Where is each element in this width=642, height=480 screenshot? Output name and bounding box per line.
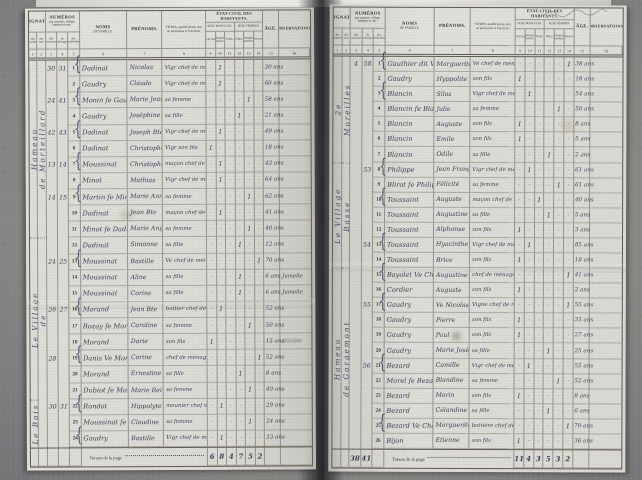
cell-designation-quartier bbox=[29, 109, 37, 125]
handwritten-text: - bbox=[528, 257, 530, 263]
handwritten-text: - bbox=[230, 387, 232, 393]
cell-prenom: Marie Josèphe bbox=[434, 343, 470, 358]
cell-numero-menage bbox=[362, 222, 374, 237]
handwritten-text: 2 ans bbox=[575, 152, 590, 158]
cell-designation-rue bbox=[342, 162, 351, 177]
handwritten-text: 43 bbox=[59, 130, 67, 137]
cell-etat-civil-3: - bbox=[534, 419, 544, 434]
cell-etat-civil-1: - bbox=[207, 318, 217, 334]
cell-titre-profession: son fils bbox=[164, 334, 208, 350]
cell-numero-maison bbox=[351, 102, 363, 117]
handwritten-text: - bbox=[558, 287, 560, 293]
cell-etat-civil-6: - bbox=[564, 193, 574, 208]
handwritten-text: - bbox=[567, 333, 569, 339]
column-number: 6 bbox=[80, 49, 128, 57]
record-row: 25{Bezard Ve CharoyMargueritebottière ch… bbox=[332, 418, 621, 434]
cell-etat-civil-6: - bbox=[255, 285, 265, 301]
handwritten-text: - bbox=[248, 80, 250, 86]
cell-etat-civil-3: - bbox=[226, 334, 236, 350]
handwritten-text: - bbox=[229, 113, 231, 119]
cell-numero-menage bbox=[59, 351, 70, 367]
cell-etat-civil-3: - bbox=[226, 269, 236, 285]
handwritten-text: - bbox=[557, 408, 559, 414]
cell-etat-civil-1: - bbox=[515, 193, 525, 208]
handwritten-text: Dadinat bbox=[80, 144, 108, 152]
handwritten-text: - bbox=[249, 258, 251, 264]
column-number: 4 bbox=[362, 46, 374, 54]
handwritten-text: son fils bbox=[471, 136, 492, 142]
cell-total-etat-civil-5: 5 bbox=[246, 448, 256, 466]
handwritten-text: Gauthier dit Vigny bbox=[385, 60, 433, 68]
handwritten-text: - bbox=[528, 318, 530, 324]
cell-numero-menage bbox=[362, 192, 374, 207]
cell-etat-civil-4: - bbox=[545, 57, 555, 72]
cell-designation-rue bbox=[39, 286, 47, 302]
handwritten-text: 1 bbox=[218, 63, 222, 71]
col-header-designation-quartiers: des quartiers bbox=[334, 29, 343, 46]
handwritten-text: 1 bbox=[248, 418, 252, 426]
cell-numero-individu: 10{ bbox=[374, 192, 386, 207]
handwritten-text: - bbox=[567, 378, 569, 384]
handwritten-text: - bbox=[239, 177, 241, 183]
cell-etat-civil-3: - bbox=[535, 163, 545, 178]
handwritten-text: Jumelle bbox=[280, 290, 303, 296]
cell-observations bbox=[590, 374, 622, 389]
handwritten-text: son fils bbox=[470, 287, 491, 293]
cell-titre-profession: sa femme bbox=[163, 189, 207, 205]
cell-nom-famille: Bezard bbox=[384, 388, 433, 403]
handwritten-text: - bbox=[538, 363, 540, 369]
cell-prenom: Blandine bbox=[434, 374, 470, 389]
col-header-etat-civil: ÉTAT-CIVIL DES HABITANTS. bbox=[206, 11, 263, 23]
cell-age: 52 ans bbox=[265, 350, 281, 366]
cell-numero-maison bbox=[350, 434, 362, 449]
record-row: 303122{RondotHippolytemeunier chef de mé… bbox=[31, 398, 312, 415]
column-number: 8 bbox=[163, 49, 207, 57]
handwritten-text: - bbox=[229, 129, 231, 135]
cell-etat-civil-4: - bbox=[235, 76, 245, 92]
handwritten-text: 21 bbox=[72, 387, 77, 393]
col-header-hommes-maries: Hommes mariés. bbox=[216, 32, 226, 49]
handwritten-text: - bbox=[518, 423, 520, 429]
handwritten-text: - bbox=[210, 81, 212, 87]
handwritten-text: - bbox=[248, 129, 250, 135]
record-row: 5517{GaudryVe NicolasVigne chef de ménag… bbox=[333, 298, 622, 314]
cell-etat-civil-1: - bbox=[207, 269, 217, 285]
col-header-filles: Filles. bbox=[545, 29, 555, 46]
handwritten-text: Morel fe Bezard bbox=[384, 376, 432, 384]
handwritten-text: - bbox=[538, 167, 540, 173]
handwritten-text: - bbox=[259, 387, 261, 393]
cell-prenom: Étienne bbox=[433, 434, 469, 449]
handwritten-text: - bbox=[539, 91, 541, 97]
cell-etat-civil-5: - bbox=[554, 193, 564, 208]
cell-observations bbox=[280, 205, 311, 221]
cell-observations bbox=[590, 329, 622, 344]
cell-observations bbox=[590, 389, 622, 404]
record-row: 10DadinatJean Btemaçon chef de ménage-1-… bbox=[30, 205, 311, 222]
cell-etat-civil-4: 1 bbox=[236, 269, 246, 285]
col-header-individus: des individus bbox=[374, 29, 386, 46]
cell-titre-profession: sa femme bbox=[164, 415, 208, 431]
cell-etat-civil-4: - bbox=[236, 253, 246, 269]
cell-nom-famille: Dadinat bbox=[80, 205, 128, 221]
col-header-designation: DÉSIGNATION bbox=[29, 12, 46, 33]
cell-etat-civil-5: - bbox=[245, 237, 255, 253]
cell-prenom: Caroline bbox=[129, 318, 164, 334]
record-row: 19GaudryPaulson fils1-----27 ans bbox=[333, 328, 622, 344]
cell-age: 40 ans bbox=[264, 221, 280, 237]
handwritten-text: - bbox=[518, 348, 520, 354]
cell-etat-civil-3: - bbox=[226, 189, 236, 205]
handwritten-text: 18 bbox=[376, 317, 381, 323]
cell-observations bbox=[590, 148, 622, 163]
cell-prenom: Julie bbox=[434, 102, 470, 117]
cell-designation-quartier bbox=[30, 351, 38, 367]
cell-etat-civil-3: - bbox=[535, 87, 545, 102]
cell-nom-famille: Morel fe Bezard bbox=[384, 373, 433, 388]
cell-designation-quartier bbox=[333, 373, 342, 388]
cell-total-etat-civil-1: 6 bbox=[208, 448, 218, 466]
handwritten-text: 1 bbox=[238, 241, 242, 249]
col-header-menages: de ménages bbox=[362, 29, 374, 46]
cell-observations bbox=[590, 208, 622, 223]
cell-titre-profession: Vigr chef de ménage bbox=[470, 238, 515, 253]
cell-nom-famille: Moussinat bbox=[81, 270, 129, 286]
cell-etat-civil-1: - bbox=[206, 76, 216, 92]
handwritten-text: - bbox=[229, 242, 231, 248]
cell-numero-maison bbox=[47, 173, 58, 189]
cell-observations bbox=[280, 317, 311, 333]
handwritten-text: - bbox=[518, 363, 520, 369]
cell-numero-maison bbox=[350, 418, 362, 433]
handwritten-text: Blancin fe Blancin bbox=[385, 105, 433, 113]
cell-observations bbox=[280, 140, 311, 156]
cell-designation-rue bbox=[39, 270, 47, 286]
cell-etat-civil-3: - bbox=[534, 404, 544, 419]
cell-numero-maison: 30 bbox=[46, 60, 57, 76]
handwritten-text: - bbox=[258, 129, 260, 135]
cell-numero-menage bbox=[362, 72, 374, 87]
cell-age: 18 ans bbox=[574, 253, 590, 268]
cell-etat-civil-6: - bbox=[564, 359, 574, 374]
handwritten-text: Jean Bte bbox=[128, 209, 157, 216]
record-row: 7BlancinOdilesa fille---1--2 ans bbox=[333, 147, 622, 163]
cell-etat-civil-5: - bbox=[555, 133, 565, 148]
cell-total-etat-civil-3: 4 bbox=[227, 448, 237, 466]
handwritten-text: - bbox=[248, 161, 250, 167]
cell-etat-civil-5: - bbox=[554, 344, 564, 359]
cell-etat-civil-3: - bbox=[534, 268, 544, 283]
cell-numero-menage bbox=[58, 286, 69, 302]
handwritten-text: - bbox=[230, 258, 232, 264]
handwritten-text: Augustine Juliana bbox=[434, 211, 469, 218]
cell-nom-famille: Minot bbox=[80, 173, 128, 189]
cell-etat-civil-5: - bbox=[554, 389, 564, 404]
cell-titre-profession: sa fille bbox=[470, 343, 515, 358]
cell-numero-individu: 2 bbox=[69, 77, 80, 93]
cell-etat-civil-1: - bbox=[515, 102, 525, 117]
cell-numero-menage bbox=[362, 328, 374, 343]
handwritten-text: 14 bbox=[376, 257, 381, 263]
cell-numero-individu: 8{ bbox=[374, 162, 386, 177]
handwritten-text: 2 bbox=[257, 452, 262, 461]
cell-prenom: Hyacinthe bbox=[434, 238, 470, 253]
cell-etat-civil-3: - bbox=[226, 108, 236, 124]
cell-nom-famille: Bayolet Ve Charlon bbox=[385, 268, 434, 283]
cell-prenom: Auguste bbox=[434, 193, 470, 208]
handwritten-text: Caroline bbox=[129, 322, 158, 329]
handwritten-text: - bbox=[249, 290, 251, 296]
cell-etat-civil-5: - bbox=[554, 253, 564, 268]
handwritten-text: - bbox=[219, 113, 221, 119]
handwritten-text: Hippolyte bbox=[129, 403, 162, 410]
cell-etat-civil-1: - bbox=[208, 382, 218, 398]
cell-designation-quartier bbox=[30, 222, 38, 238]
cell-etat-civil-5: - bbox=[245, 140, 255, 156]
handwritten-text: - bbox=[538, 227, 540, 233]
cell-designation-quartier bbox=[333, 313, 342, 328]
handwritten-text: 5 ans bbox=[575, 137, 590, 143]
cell-etat-civil-4: - bbox=[544, 253, 554, 268]
cell-prenom: Marin bbox=[434, 389, 470, 404]
handwritten-text: Ve chef de ménage bbox=[164, 258, 207, 264]
handwritten-text: - bbox=[529, 61, 531, 67]
handwritten-text: 2 ans bbox=[575, 288, 590, 294]
cell-numero-menage: 56 bbox=[361, 358, 373, 373]
handwritten-text: 1 bbox=[518, 75, 522, 83]
handwritten-text: 5 ans bbox=[575, 212, 590, 218]
cell-etat-civil-1: - bbox=[208, 415, 218, 431]
handwritten-text: 26 bbox=[48, 307, 56, 314]
cell-total-menages: 41 bbox=[361, 450, 373, 468]
cell-etat-civil-1: - bbox=[207, 286, 217, 302]
handwritten-text: - bbox=[257, 64, 259, 70]
handwritten-text: 1 bbox=[556, 377, 560, 385]
cell-numero-maison bbox=[351, 147, 363, 162]
handwritten-text: sa fille bbox=[164, 290, 184, 296]
cell-etat-civil-6: - bbox=[254, 140, 264, 156]
handwritten-text: sa femme bbox=[163, 193, 191, 199]
record-row: 5BlancinAugusteson fils1-----8 ans bbox=[333, 117, 622, 133]
cell-etat-civil-6: - bbox=[255, 334, 265, 350]
handwritten-text: - bbox=[519, 61, 521, 67]
cell-titre-profession: Vigr chef de ménage bbox=[471, 87, 516, 102]
cell-nom-famille: Morand bbox=[81, 334, 129, 350]
handwritten-text: Marie Anne bbox=[128, 193, 162, 200]
cell-etat-civil-6: - bbox=[564, 118, 574, 133]
cell-numero-menage bbox=[362, 147, 374, 162]
cell-nom-famille: Philippe bbox=[385, 162, 434, 177]
cell-etat-civil-3: - bbox=[226, 205, 236, 221]
cell-prenom: Christophe bbox=[128, 141, 163, 157]
cell-etat-civil-4: - bbox=[545, 87, 555, 102]
cell-prenom: Nicolas bbox=[128, 60, 163, 76]
handwritten-text: - bbox=[230, 419, 232, 425]
cell-designation-quartier bbox=[333, 177, 342, 192]
cell-designation-rue bbox=[38, 238, 46, 254]
cell-etat-civil-6: - bbox=[564, 238, 574, 253]
handwritten-text: Gaudry bbox=[385, 331, 412, 339]
cell-etat-civil-2: - bbox=[217, 286, 227, 302]
cell-titre-profession: sa fille bbox=[163, 237, 207, 253]
col-header-sexe-feminin: SEXE FÉMININ. bbox=[545, 20, 574, 29]
handwritten-text: Joséphine bbox=[128, 112, 161, 119]
handwritten-text: - bbox=[238, 129, 240, 135]
handwritten-text: 2 bbox=[378, 76, 381, 82]
cell-titre-profession: sa femme bbox=[470, 374, 515, 389]
handwritten-text: - bbox=[568, 152, 570, 158]
column-number: 15 bbox=[574, 46, 590, 54]
cell-numero-maison bbox=[350, 238, 362, 253]
handwritten-text: bottière chef de ménage bbox=[470, 423, 514, 429]
handwritten-text: 53 bbox=[363, 166, 371, 173]
handwritten-text: - bbox=[538, 122, 540, 128]
cell-etat-civil-5: - bbox=[555, 87, 565, 102]
cell-etat-civil-5: 1 bbox=[245, 189, 255, 205]
cell-etat-civil-6: 1 bbox=[563, 419, 573, 434]
handwritten-text: Ernestine bbox=[129, 370, 161, 377]
cell-etat-civil-3: - bbox=[534, 329, 544, 344]
handwritten-text: 1 bbox=[238, 370, 242, 378]
column-number: 13 bbox=[244, 49, 254, 57]
cell-designation-quartier bbox=[31, 449, 40, 467]
handwritten-text: Dadinat bbox=[81, 241, 109, 249]
handwritten-text: - bbox=[529, 106, 531, 112]
cell-nom-famille: Toussaint bbox=[385, 238, 434, 253]
handwritten-text: - bbox=[249, 403, 251, 409]
record-row: 2819{Danis Ve MorandCorinechef de ménage… bbox=[30, 350, 311, 367]
handwritten-text: Gaudry bbox=[385, 301, 412, 309]
cell-nom-famille: Blancin fe Blancin bbox=[385, 102, 434, 117]
handwritten-text: - bbox=[528, 348, 530, 354]
cell-etat-civil-2: 1 bbox=[217, 431, 227, 447]
cell-etat-civil-1: 1 bbox=[515, 283, 525, 298]
handwritten-text: 1 bbox=[238, 273, 242, 281]
cell-etat-civil-2: - bbox=[217, 350, 227, 366]
handwritten-text: 8 bbox=[73, 178, 76, 184]
cell-titre-profession: son fils bbox=[470, 223, 515, 238]
cell-numero-menage bbox=[362, 283, 374, 298]
cell-etat-civil-3: - bbox=[534, 389, 544, 404]
cell-designation-rue bbox=[342, 192, 351, 207]
col-header-filles: Filles. bbox=[235, 32, 245, 49]
handwritten-text: - bbox=[211, 290, 213, 296]
handwritten-text: - bbox=[249, 306, 251, 312]
cell-nom-famille: Cordier bbox=[385, 283, 434, 298]
cell-titre-profession: Vigr chef de ménage bbox=[470, 163, 515, 178]
col-header-noms: NOMSDE FAMILLE. bbox=[80, 11, 128, 49]
cell-age: 52 ans bbox=[573, 374, 589, 389]
cell-etat-civil-3: - bbox=[225, 60, 235, 76]
column-number: 1 bbox=[29, 50, 37, 58]
handwritten-text: - bbox=[528, 408, 530, 414]
handwritten-text: Marie Jeanne bbox=[128, 96, 162, 103]
handwritten-text: 1 bbox=[567, 60, 571, 68]
cell-observations bbox=[590, 284, 622, 299]
cell-numero-individu: 23 bbox=[373, 388, 385, 403]
cell-prenom: Jean François bbox=[434, 162, 470, 177]
cell-etat-civil-2: - bbox=[525, 208, 535, 223]
cell-etat-civil-2: - bbox=[217, 415, 227, 431]
totals-row: Totaux de la page684752 bbox=[31, 446, 312, 466]
handwritten-text: - bbox=[567, 438, 569, 444]
cell-numero-menage bbox=[58, 318, 69, 334]
totals-label: Totaux de la page bbox=[81, 448, 208, 467]
cell-observations: illisible bbox=[280, 334, 311, 350]
handwritten-text: 6 ans bbox=[574, 408, 589, 414]
cell-etat-civil-4: - bbox=[544, 238, 554, 253]
cell-etat-civil-5: - bbox=[555, 57, 565, 72]
handwritten-text: 21 bbox=[376, 362, 381, 368]
cell-prenom: Odile bbox=[434, 147, 470, 162]
handwritten-text: Julie bbox=[434, 106, 450, 113]
cell-designation-rue bbox=[341, 434, 350, 449]
handwritten-text: Bastille bbox=[129, 435, 155, 442]
cell-etat-civil-2: 1 bbox=[525, 163, 535, 178]
cell-prenom: Corine bbox=[129, 350, 164, 366]
col-header-noms: NOMSDE FAMILLE. bbox=[386, 8, 435, 46]
handwritten-text: - bbox=[210, 64, 212, 70]
col-header-hommes-maries: Hommes mariés. bbox=[525, 29, 535, 46]
column-number: 7 bbox=[435, 46, 471, 54]
cell-etat-civil-4: - bbox=[544, 434, 554, 449]
cell-etat-civil-6: - bbox=[255, 414, 265, 430]
record-row: 18GaudryPierreson fils1-----33 ans bbox=[333, 313, 622, 329]
cell-etat-civil-2: - bbox=[216, 140, 226, 156]
cell-designation-quartier bbox=[29, 77, 37, 93]
cell-designation-quartier bbox=[333, 253, 342, 268]
cell-prenom: Christophe bbox=[128, 157, 163, 173]
cell-etat-civil-6: - bbox=[256, 430, 266, 446]
handwritten-text: - bbox=[558, 272, 560, 278]
cell-etat-civil-2: 1 bbox=[216, 157, 226, 173]
handwritten-text: 4 bbox=[526, 454, 531, 463]
handwritten-text: - bbox=[230, 355, 232, 361]
handwritten-text: son fils bbox=[470, 317, 491, 323]
cell-numero-maison: 4 bbox=[351, 57, 363, 72]
cell-etat-civil-3: - bbox=[535, 178, 545, 193]
handwritten-text: 54 bbox=[363, 242, 371, 249]
cell-etat-civil-2: - bbox=[525, 268, 535, 283]
census-page-right: DÉSIGNATION des quartiers des rues NUMÉR… bbox=[328, 5, 626, 473]
cell-etat-civil-1: - bbox=[207, 253, 217, 269]
record-row: 24{GaudryBastilleVigr chef de ménage-1--… bbox=[31, 430, 312, 447]
handwritten-text: 1 bbox=[557, 106, 561, 114]
handwritten-text: Claude bbox=[128, 80, 152, 87]
record-row: 4GaudryJoséphinesa fille---1--21 ans bbox=[29, 108, 310, 125]
cell-numero-individu: 15{ bbox=[373, 268, 385, 283]
cell-etat-civil-4: - bbox=[236, 398, 246, 414]
handwritten-text: - bbox=[538, 182, 540, 188]
cell-etat-civil-1: - bbox=[515, 163, 525, 178]
cell-nom-famille: Rondot bbox=[81, 399, 129, 415]
handwritten-text: - bbox=[528, 438, 530, 444]
handwritten-text: - bbox=[239, 193, 241, 199]
handwritten-text: - bbox=[548, 197, 550, 203]
handwritten-text: - bbox=[538, 287, 540, 293]
handwritten-text: Augustine bbox=[434, 271, 468, 278]
cell-etat-civil-2: - bbox=[216, 221, 226, 237]
handwritten-text: - bbox=[558, 61, 560, 67]
cell-etat-civil-3: - bbox=[534, 283, 544, 298]
cell-prenom: Émile bbox=[434, 132, 470, 147]
handwritten-text: 22 bbox=[73, 404, 78, 410]
cell-designation-rue bbox=[38, 109, 46, 125]
cell-observations bbox=[279, 108, 310, 124]
cell-titre-profession: maçon chef de ménage bbox=[470, 193, 515, 208]
handwritten-text: - bbox=[258, 274, 260, 280]
